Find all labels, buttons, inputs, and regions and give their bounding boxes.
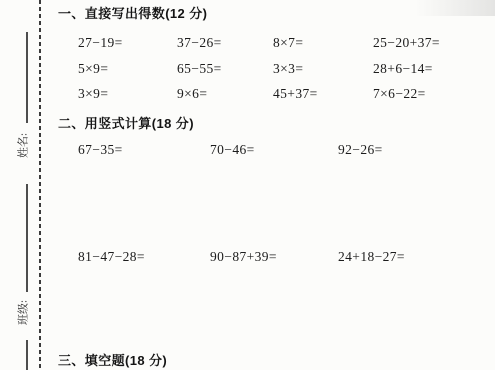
- math-problem: 67−35=: [78, 143, 123, 157]
- section-2-title: 二、用竖式计算(18 分): [58, 116, 194, 132]
- math-problem: 65−55=: [177, 62, 222, 76]
- math-problem: 37−26=: [177, 36, 222, 50]
- worksheet-page: 姓名: 班级: 一、直接写出得数(12 分) 27−19= 37−26= 8×7…: [0, 0, 495, 370]
- math-problem: 70−46=: [210, 143, 255, 157]
- math-problem: 24+18−27=: [338, 250, 405, 264]
- binding-dashed-line: [39, 0, 41, 370]
- math-problem: 9×6=: [177, 87, 207, 101]
- math-problem: 5×9=: [78, 62, 108, 76]
- math-problem: 25−20+37=: [373, 36, 440, 50]
- class-blank-line: [26, 340, 28, 370]
- class-label: 班级:: [18, 298, 31, 328]
- name-blank-line: [26, 32, 28, 123]
- math-problem: 28+6−14=: [373, 62, 433, 76]
- scan-shadow: [415, 0, 495, 16]
- middle-blank-line: [26, 184, 28, 292]
- math-problem: 45+37=: [273, 87, 318, 101]
- name-label: 姓名:: [18, 131, 31, 161]
- math-problem: 7×6−22=: [373, 87, 426, 101]
- math-problem: 3×3=: [273, 62, 303, 76]
- section-3-title: 三、填空题(18 分): [58, 353, 167, 369]
- math-problem: 90−87+39=: [210, 250, 277, 264]
- math-problem: 27−19=: [78, 36, 123, 50]
- section-1-title: 一、直接写出得数(12 分): [58, 6, 207, 22]
- math-problem: 81−47−28=: [78, 250, 145, 264]
- math-problem: 3×9=: [78, 87, 108, 101]
- math-problem: 92−26=: [338, 143, 383, 157]
- math-problem: 8×7=: [273, 36, 303, 50]
